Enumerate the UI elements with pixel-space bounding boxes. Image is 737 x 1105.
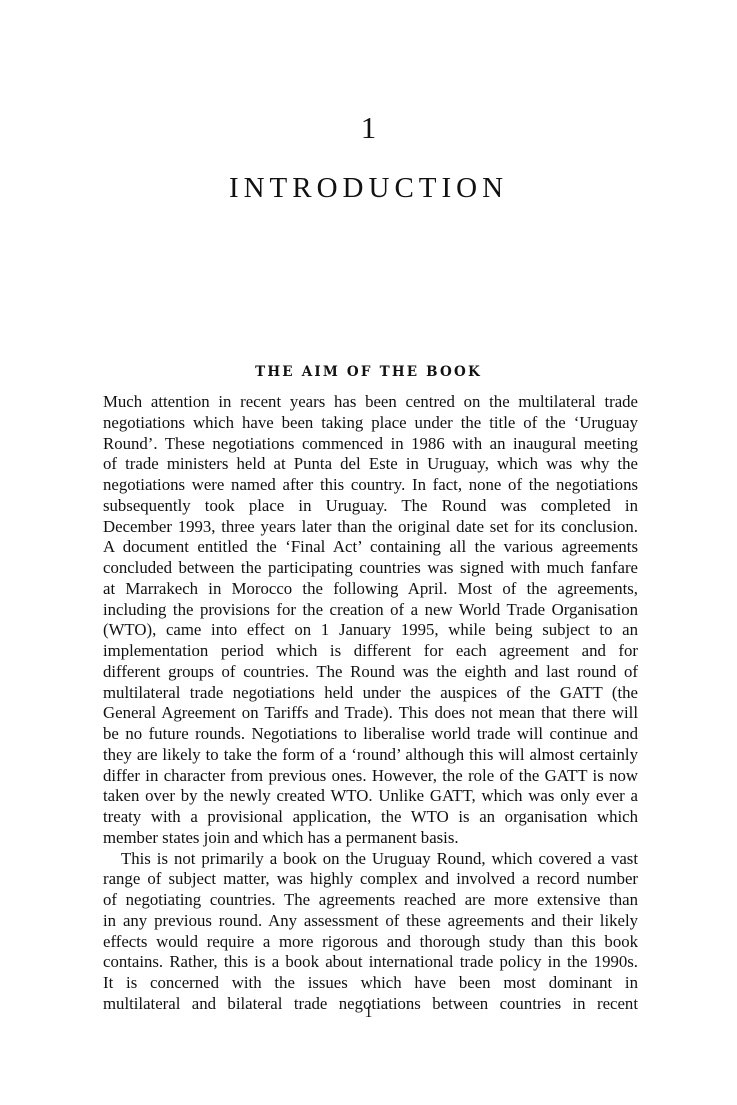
paragraph-2: This is not primarily a book on the Urug…	[103, 849, 638, 1015]
text-line: different groups of countries. The Round…	[103, 662, 638, 683]
text-line: at Marrakech in Morocco the following Ap…	[103, 579, 638, 600]
text-line: be no future rounds. Negotiations to lib…	[103, 724, 638, 745]
text-line: treaty with a provisional application, t…	[103, 807, 638, 828]
text-line: of negotiating countries. The agreements…	[103, 890, 638, 911]
text-line: (WTO), came into effect on 1 January 199…	[103, 620, 638, 641]
text-line: including the provisions for the creatio…	[103, 600, 638, 621]
text-line: December 1993, three years later than th…	[103, 517, 638, 538]
paragraph-1: Much attention in recent years has been …	[103, 392, 638, 849]
text-line: taken over by the newly created WTO. Unl…	[103, 786, 638, 807]
text-line: concluded between the participating coun…	[103, 558, 638, 579]
text-line: It is concerned with the issues which ha…	[103, 973, 638, 994]
text-line: range of subject matter, was highly comp…	[103, 869, 638, 890]
text-line: negotiations which have been taking plac…	[103, 413, 638, 434]
text-line: differ in character from previous ones. …	[103, 766, 638, 787]
section-heading: THE AIM OF THE BOOK	[0, 362, 737, 382]
text-line: implementation period which is different…	[103, 641, 638, 662]
text-line: A document entitled the ‘Final Act’ cont…	[103, 537, 638, 558]
text-line: of trade ministers held at Punta del Est…	[103, 454, 638, 475]
text-line: negotiations were named after this count…	[103, 475, 638, 496]
text-line: This is not primarily a book on the Urug…	[103, 849, 638, 870]
text-line: Much attention in recent years has been …	[103, 392, 638, 413]
text-line: Round’. These negotiations commenced in …	[103, 434, 638, 455]
text-line: subsequently took place in Uruguay. The …	[103, 496, 638, 517]
chapter-number: 1	[0, 108, 737, 148]
text-line: effects would require a more rigorous an…	[103, 932, 638, 953]
text-line: multilateral trade negotiations held und…	[103, 683, 638, 704]
chapter-title: INTRODUCTION	[0, 168, 737, 208]
text-line: in any previous round. Any assessment of…	[103, 911, 638, 932]
text-line: they are likely to take the form of a ‘r…	[103, 745, 638, 766]
text-line: member states join and which has a perma…	[103, 828, 638, 849]
text-line: General Agreement on Tariffs and Trade).…	[103, 703, 638, 724]
page-number: 1	[0, 1003, 737, 1023]
text-line: contains. Rather, this is a book about i…	[103, 952, 638, 973]
body-text: Much attention in recent years has been …	[103, 392, 638, 1015]
book-page: 1 INTRODUCTION THE AIM OF THE BOOK Much …	[0, 0, 737, 1105]
